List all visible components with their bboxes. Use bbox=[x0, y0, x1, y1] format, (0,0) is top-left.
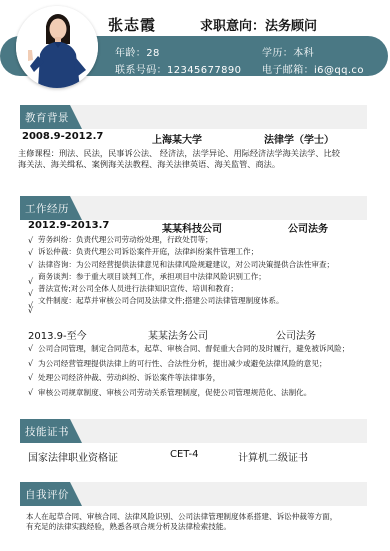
list-item: √普法宣传;对公司全体人员进行法律知识宣传、培训和教育； bbox=[28, 283, 334, 295]
section-title: 教育背景 bbox=[25, 110, 69, 125]
resume-header: 张志霞 求职意向：法务顾问 年龄：28 联系号码：12345677890 学历：… bbox=[0, 0, 390, 96]
courses-line: 主修课程：刑法、民法，民事诉公法、 经济法，法学异论、用际经济法学海关法学、比较 bbox=[18, 148, 340, 159]
job-position: 公司法务 bbox=[276, 327, 316, 342]
list-item: √诉讼仲裁：负责代理公司诉讼案件开庭，法律纠纷案件管理工作； bbox=[28, 246, 334, 258]
job-duties-list: √劳务纠纷：负责代理公司劳动纷处理，行政处罚等； √诉讼仲裁：负责代理公司诉讼案… bbox=[28, 234, 334, 308]
education-school: 上海某大学 bbox=[152, 131, 202, 146]
list-item: √劳务纠纷：负责代理公司劳动纷处理，行政处罚等； bbox=[28, 234, 334, 246]
list-item: √处理公司经济仲裁、劳动纠纷、诉讼案件等法律事务， bbox=[28, 371, 349, 386]
list-item: √法律咨询：为公司经营提供法律意见和法律风险规避建议，对公司决策提供合法性审查； bbox=[28, 259, 334, 271]
job-company: 某某科技公司 bbox=[162, 220, 222, 235]
education-level-field: 学历：本科 bbox=[262, 44, 314, 59]
profile-photo-icon bbox=[16, 6, 98, 88]
skill-item: CET-4 bbox=[170, 449, 198, 460]
email-field: 电子邮箱：i6@qq.co bbox=[262, 61, 364, 76]
section-header-skills: 技能证书 bbox=[20, 419, 367, 443]
list-item: √公司合同管理，制定合同范本，起草、审核合同、督促重大合同的及时履行，避免被诉风… bbox=[28, 342, 349, 357]
skill-item: 计算机二级证书 bbox=[238, 449, 308, 464]
check-icon: √ bbox=[28, 306, 33, 315]
self-evaluation-line: 本人在起草合同、审核合同、法律风险识别、公司法律管理制度体系搭建、诉讼仲裁等方面… bbox=[26, 512, 337, 522]
section-title: 工作经历 bbox=[25, 201, 69, 216]
age-field: 年龄：28 bbox=[115, 44, 160, 59]
check-icon: √ bbox=[28, 371, 33, 386]
section-header-education: 教育背景 bbox=[20, 105, 367, 129]
self-evaluation-line: 有充足的法律实践经验，熟悉各项合规分析及法律检索技能。 bbox=[26, 522, 337, 532]
list-item: √商务谈判：参于重大项目谈判工作，承担项目中法律风险识别工作； bbox=[28, 271, 334, 283]
check-icon: √ bbox=[28, 342, 33, 357]
list-item: √文件制度：起草并审核公司合同及法律文件;搭建公司法律管理制度体系。 bbox=[28, 295, 334, 307]
section-title: 技能证书 bbox=[25, 424, 69, 439]
avatar bbox=[16, 6, 98, 88]
job-duties-list: √公司合同管理，制定合同范本，起草、审核合同、督促重大合同的及时履行，避免被诉风… bbox=[28, 342, 349, 400]
list-item: √审核公司规章制度、审核公司劳动关系管理制度，促使公司管理规范化、法制化。 bbox=[28, 386, 349, 401]
job-company: 某某法务公司 bbox=[148, 327, 208, 342]
section-title: 自我评价 bbox=[25, 487, 69, 502]
phone-field: 联系号码：12345677890 bbox=[115, 61, 241, 76]
list-item: √为公司经营管理提供法律上的可行性、合法性分析，提出减少或避免法律风险的意见； bbox=[28, 357, 349, 372]
section-header-work: 工作经历 bbox=[20, 196, 367, 220]
education-courses: 主修课程：刑法、民法，民事诉公法、 经济法，法学异论、用际经济法学海关法学、比较… bbox=[18, 148, 340, 170]
education-major: 法律学（学士） bbox=[264, 131, 334, 146]
job-position: 公司法务 bbox=[288, 220, 328, 235]
section-header-self-evaluation: 自我评价 bbox=[20, 482, 367, 506]
check-icon: √ bbox=[28, 386, 33, 401]
job-period: 2012.9-2013.7 bbox=[28, 220, 109, 231]
check-icon: √ bbox=[28, 357, 33, 372]
skill-item: 国家法律职业资格证 bbox=[28, 449, 118, 464]
education-period: 2008.9-2012.7 bbox=[22, 131, 103, 142]
courses-line: 海关法、海关缉私、案例海关法教程、海关法律英语、海关监管、商法。 bbox=[18, 159, 340, 170]
candidate-name: 张志霞 bbox=[108, 14, 156, 35]
job-intent: 求职意向：法务顾问 bbox=[200, 15, 317, 34]
job-period: 2013.9-至今 bbox=[28, 327, 87, 342]
self-evaluation-text: 本人在起草合同、审核合同、法律风险识别、公司法律管理制度体系搭建、诉讼仲裁等方面… bbox=[26, 512, 337, 532]
